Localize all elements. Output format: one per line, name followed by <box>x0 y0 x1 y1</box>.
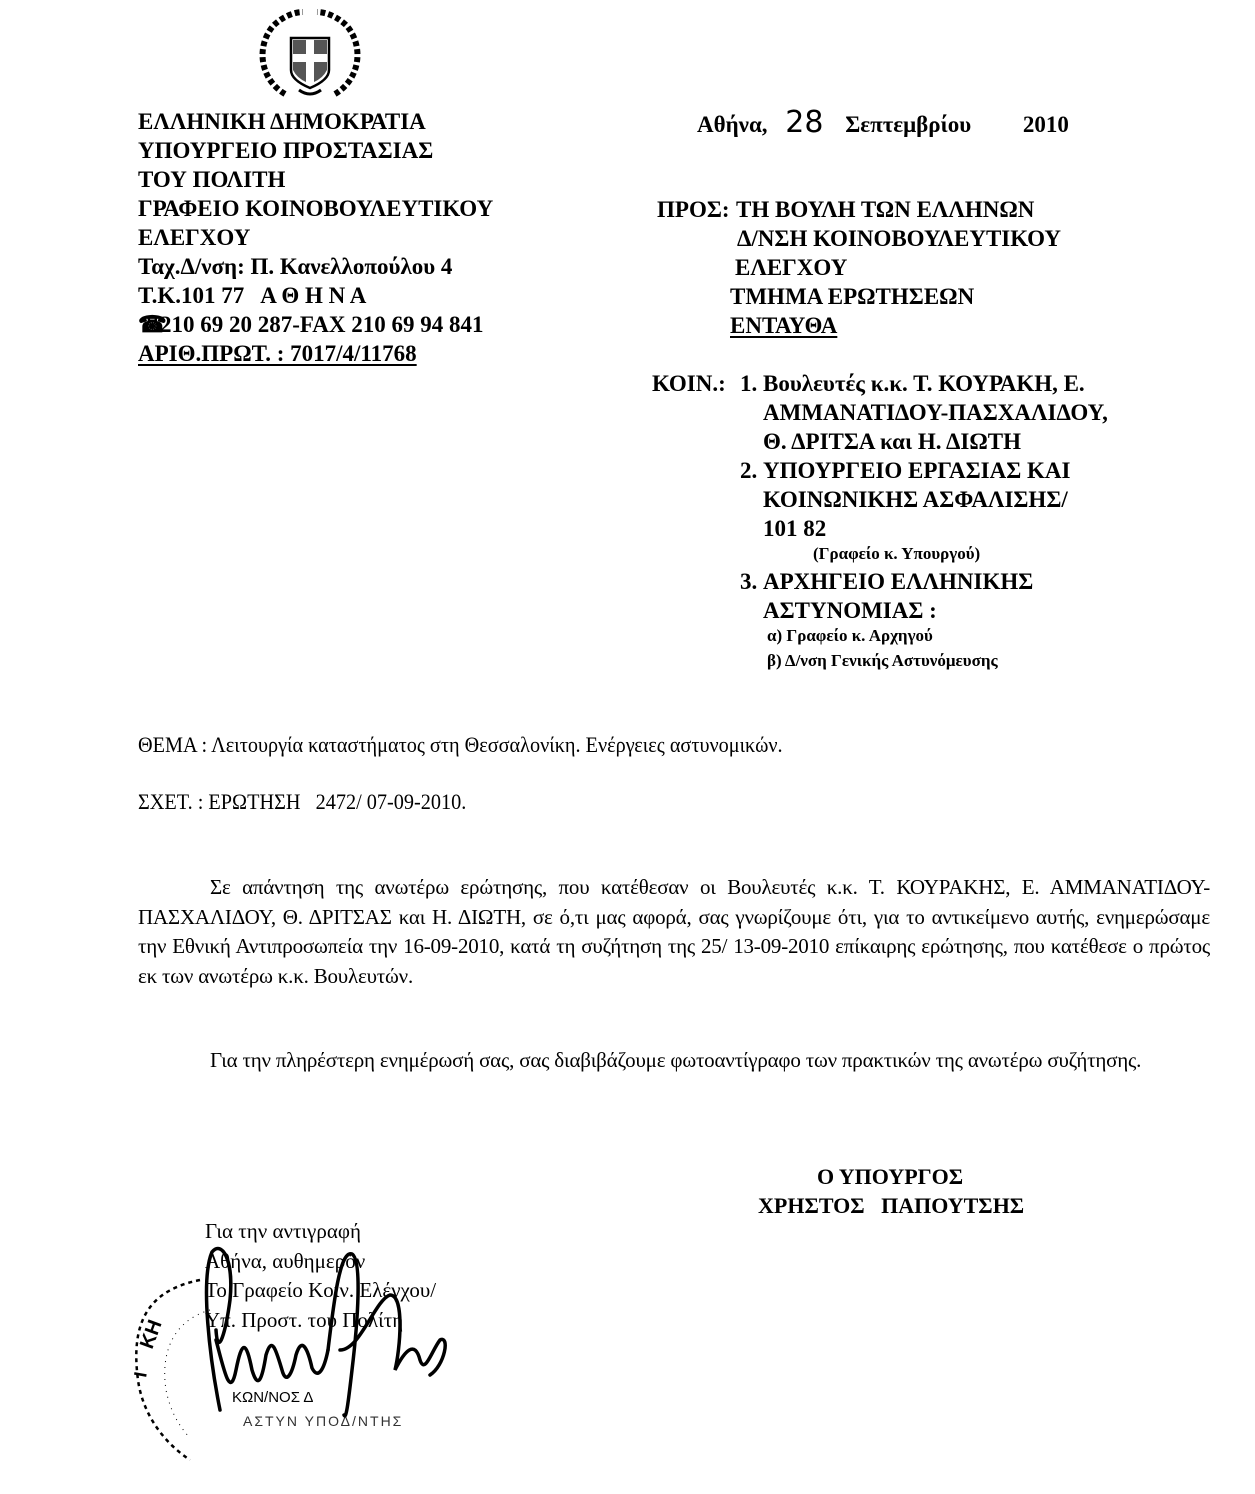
date-year: 2010 <box>1023 112 1069 137</box>
cc-label: ΚΟΙΝ.: <box>652 369 726 398</box>
sender-postcode: Τ.Κ.101 77 Α Θ Η Ν Α <box>138 281 493 310</box>
cc-item-1-line: Βουλευτές κ.κ. Τ. ΚΟΥΡΑΚΗ, Ε. <box>763 369 1085 398</box>
sender-phone-line: ☎210 69 20 287-FAX 210 69 94 841 <box>138 310 493 339</box>
cc-item-3-subitem: α) Γραφείο κ. Αρχηγού <box>767 623 933 649</box>
recipient-label: ΠΡΟΣ: <box>657 195 730 224</box>
cc-item-3-num: 3. <box>740 567 757 596</box>
body-paragraph-2-text: Για την πληρέστερη ενημέρωσή σας, σας δι… <box>210 1048 1141 1072</box>
greek-state-emblem-icon <box>255 8 365 100</box>
cc-item-1-line: ΑΜΜΑΝΑΤΙΔΟΥ-ΠΑΣΧΑΛΙΔΟΥ, <box>763 398 1108 427</box>
date-city: Αθήνα, <box>697 112 768 137</box>
sender-line: ΥΠΟΥΡΓΕΙΟ ΠΡΟΣΤΑΣΙΑΣ <box>138 136 493 165</box>
cc-item-3-subitem: β) Δ/νση Γενικής Αστυνόμευσης <box>767 648 998 674</box>
cc-item-3-line: ΑΡΧΗΓΕΙΟ ΕΛΛΗΝΙΚΗΣ <box>763 567 1033 596</box>
cc-item-2-line: ΥΠΟΥΡΓΕΙΟ ΕΡΓΑΣΙΑΣ ΚΑΙ <box>763 456 1070 485</box>
signature-title: Ο ΥΠΟΥΡΓΟΣ <box>817 1162 963 1191</box>
sender-line: ΕΛΕΓΧΟΥ <box>138 223 493 252</box>
sender-line: ΕΛΛΗΝΙΚΗ ΔΗΜΟΚΡΑΤΙΑ <box>138 107 493 136</box>
cc-item-2-line: ΚΟΙΝΩΝΙΚΗΣ ΑΣΦΑΛΙΣΗΣ/ <box>763 485 1068 514</box>
sender-line: ΤΟΥ ΠΟΛΙΤΗ <box>138 165 493 194</box>
phone-fax: 210 69 20 287-FAX 210 69 94 841 <box>160 312 483 337</box>
telephone-icon: ☎ <box>138 310 160 339</box>
recipient-line: ΤΜΗΜΑ ΕΡΩΤΗΣΕΩΝ <box>730 282 974 311</box>
handwritten-signature-icon <box>200 1240 460 1440</box>
subject-line: ΘΕΜΑ : Λειτουργία καταστήματος στη Θεσσα… <box>138 730 783 759</box>
body-paragraph-2: Για την πληρέστερη ενημέρωσή σας, σας δι… <box>138 1046 1210 1076</box>
protocol-number: ΑΡΙΘ.ΠΡΩΤ. : 7017/4/11768 <box>138 339 493 368</box>
recipient-line: ΕΛΕΓΧΟΥ <box>735 253 847 282</box>
body-paragraph-1-text: Σε απάντηση της ανωτέρω ερώτησης, που κα… <box>138 875 1210 988</box>
cc-item-2-note: (Γραφείο κ. Υπουργού) <box>813 541 980 567</box>
body-paragraph-1: Σε απάντηση της ανωτέρω ερώτησης, που κα… <box>138 873 1210 991</box>
date-month: Σεπτεμβρίου <box>845 112 971 137</box>
recipient-line: ΤΗ ΒΟΥΛΗ ΤΩΝ ΕΛΛΗΝΩΝ <box>736 195 1034 224</box>
cc-item-2-num: 2. <box>740 456 757 485</box>
date-line: Αθήνα, 28 Σεπτεμβρίου 2010 <box>697 108 1069 139</box>
signature-name: ΧΡΗΣΤΟΣ ΠΑΠΟΥΤΣΗΣ <box>758 1191 1024 1220</box>
cc-item-2-line: 101 82 <box>763 514 826 543</box>
reference-line: ΣΧΕΤ. : ΕΡΩΤΗΣΗ 2472/ 07-09-2010. <box>138 787 466 816</box>
cc-item-1-line: Θ. ΔΡΙΤΣΑ και Η. ΔΙΩΤΗ <box>763 427 1021 456</box>
sender-block: ΕΛΛΗΝΙΚΗ ΔΗΜΟΚΡΑΤΙΑ ΥΠΟΥΡΓΕΙΟ ΠΡΟΣΤΑΣΙΑΣ… <box>138 107 493 368</box>
svg-text:Ι: Ι <box>130 1370 151 1378</box>
cc-item-3-line: ΑΣΤΥΝΟΜΙΑΣ : <box>763 596 937 625</box>
sender-address: Ταχ.Δ/νση: Π. Κανελλοπούλου 4 <box>138 252 493 281</box>
cc-item-1-num: 1. <box>740 369 757 398</box>
date-day: 28 <box>785 105 823 140</box>
recipient-line: Δ/ΝΣΗ ΚΟΙΝΟΒΟΥΛΕΥΤΙΚΟΥ <box>737 224 1061 253</box>
recipient-line-entautha: ΕΝΤΑΥΘΑ <box>730 311 837 340</box>
sender-line: ΓΡΑΦΕΙΟ ΚΟΙΝΟΒΟΥΛΕΥΤΙΚΟΥ <box>138 194 493 223</box>
document-page: ΕΛΛΗΝΙΚΗ ΔΗΜΟΚΡΑΤΙΑ ΥΠΟΥΡΓΕΙΟ ΠΡΟΣΤΑΣΙΑΣ… <box>0 0 1255 1494</box>
